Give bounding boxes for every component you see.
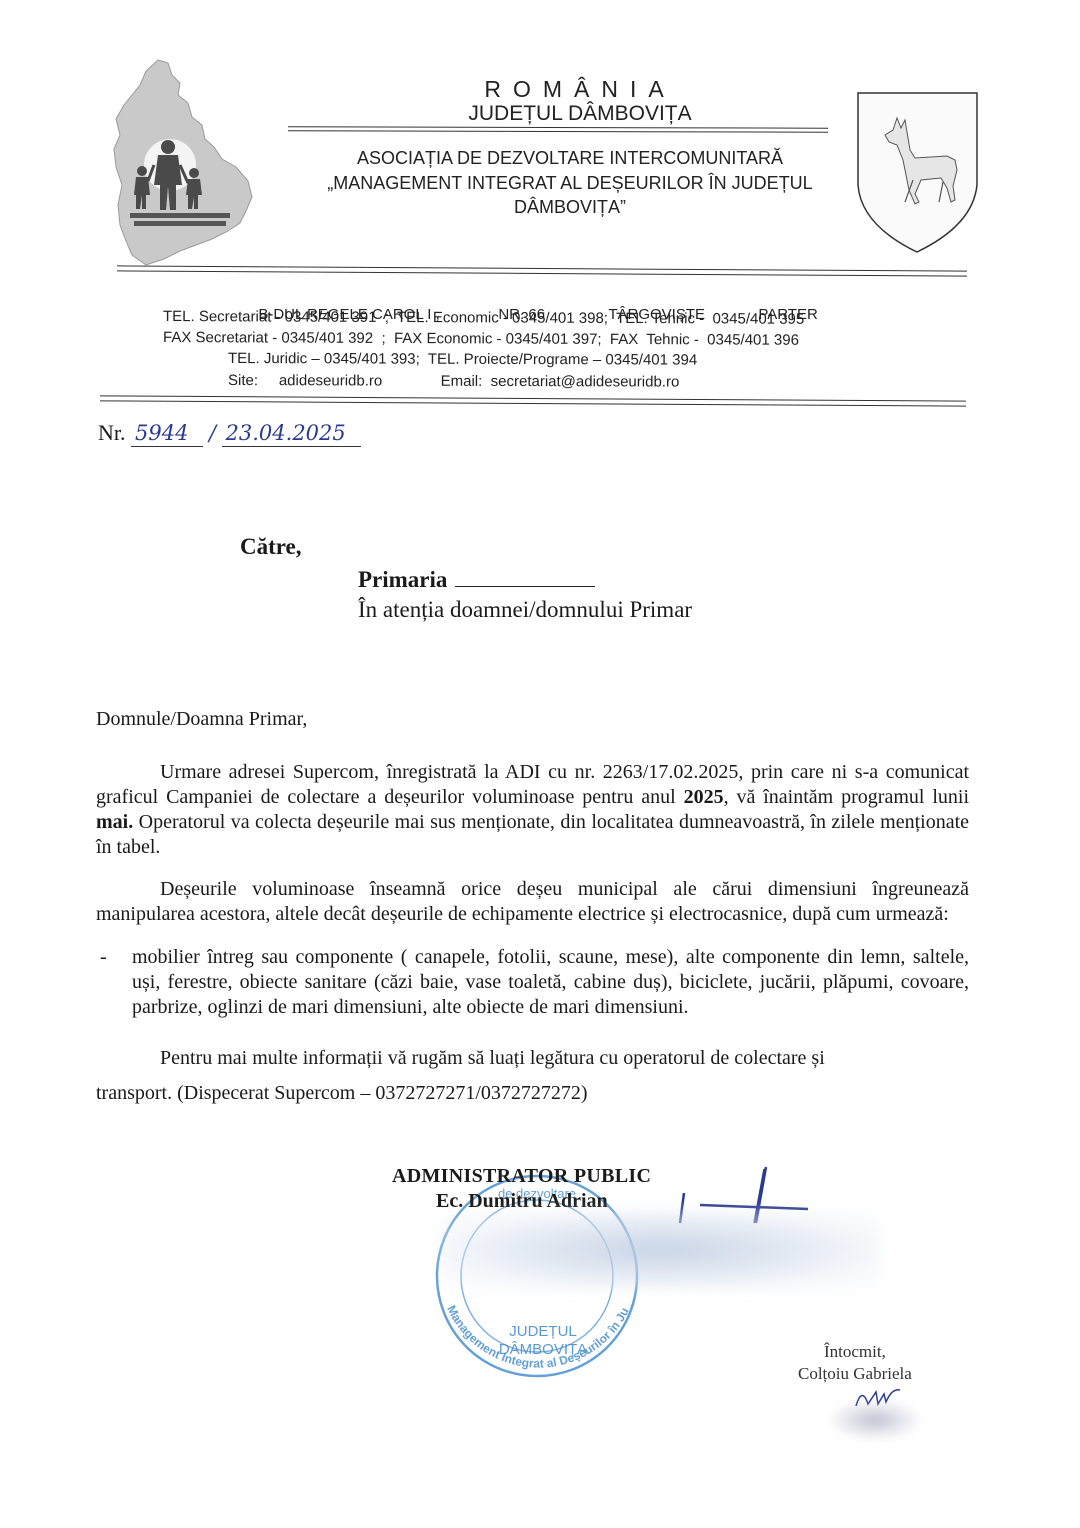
header-divider <box>288 130 828 132</box>
text: Operatorul va colecta deșeurile mai sus … <box>96 811 969 858</box>
registration-label: Nr. <box>98 420 126 445</box>
paragraph-2: Deșeurile voluminoase înseamnă orice deș… <box>96 877 969 927</box>
prepared-by-label: Întocmit, <box>824 1342 886 1362</box>
institution-name: Primaria <box>358 567 447 592</box>
paragraph-1: Urmare adresei Supercom, înregistrată la… <box>96 760 969 860</box>
county-heading: JUDEȚUL DÂMBOVIȚA <box>380 102 780 126</box>
deer-coat-of-arms-icon <box>855 90 980 255</box>
registration-value: 5944 <box>135 421 188 445</box>
email-link[interactable]: secretariat@adideseuridb.ro <box>491 373 680 391</box>
bullet-text: mobilier întreg sau componente ( canapel… <box>132 945 969 1020</box>
salutation: Domnule/Doamna Primar, <box>96 708 307 731</box>
registration-number: Nr. 5944 / 23.04.2025 <box>98 420 361 447</box>
paragraph-3: Pentru mai multe informații vă rugăm să … <box>96 1046 969 1106</box>
association-name-line2: „MANAGEMENT INTEGRAT AL DEȘEURILOR ÎN JU… <box>270 173 870 194</box>
recipient-institution: Primaria <box>358 567 595 593</box>
text: , vă înaintăm programul lunii <box>724 786 969 808</box>
country-heading: ROMÂNIA <box>380 76 780 103</box>
site-label: Site: <box>228 372 258 389</box>
header-divider <box>100 400 966 406</box>
dispatch-contact: transport. (Dispecerat Supercom – 037272… <box>96 1081 969 1106</box>
registration-separator: / <box>209 421 216 445</box>
text: Pentru mai multe informații vă rugăm să … <box>160 1047 825 1069</box>
association-name-line1: ASOCIAȚIA DE DEZVOLTARE INTERCOMUNITARĂ <box>280 148 860 169</box>
phone-line: TEL. Secretariat - 0345/401 391 ; TEL. E… <box>163 308 804 328</box>
month: mai. <box>96 811 133 833</box>
header-divider <box>117 270 967 276</box>
recipient-label: Către, <box>240 534 302 560</box>
fax-line: FAX Secretariat - 0345/401 392 ; FAX Eco… <box>163 329 799 349</box>
site-link[interactable]: adideseuridb.ro <box>279 372 382 389</box>
email-label: Email: <box>441 373 483 390</box>
bulky-waste-list-item: - mobilier întreg sau componente ( canap… <box>96 945 969 1020</box>
county-map-logo-icon <box>110 55 260 270</box>
phone-line-2: TEL. Juridic – 0345/401 393; TEL. Proiec… <box>228 350 697 369</box>
header-divider <box>288 126 828 128</box>
redacted-area <box>830 1400 920 1440</box>
association-name-line3: DÂMBOVIȚA” <box>280 197 860 218</box>
web-contact-line: Site: adideseuridb.ro Email: secretariat… <box>228 372 679 391</box>
signatory-title: ADMINISTRATOR PUBLIC <box>392 1165 651 1188</box>
redacted-area <box>440 1210 880 1290</box>
bullet-dash: - <box>100 945 107 970</box>
prepared-by-name: Colțoiu Gabriela <box>798 1364 912 1384</box>
recipient-attention: În atenția doamnei/domnului Primar <box>358 597 692 623</box>
blank-field <box>455 568 595 587</box>
registration-date: 23.04.2025 <box>226 421 346 445</box>
stamp-center-1: JUDEȚUL <box>509 1323 577 1340</box>
year: 2025 <box>684 786 724 808</box>
